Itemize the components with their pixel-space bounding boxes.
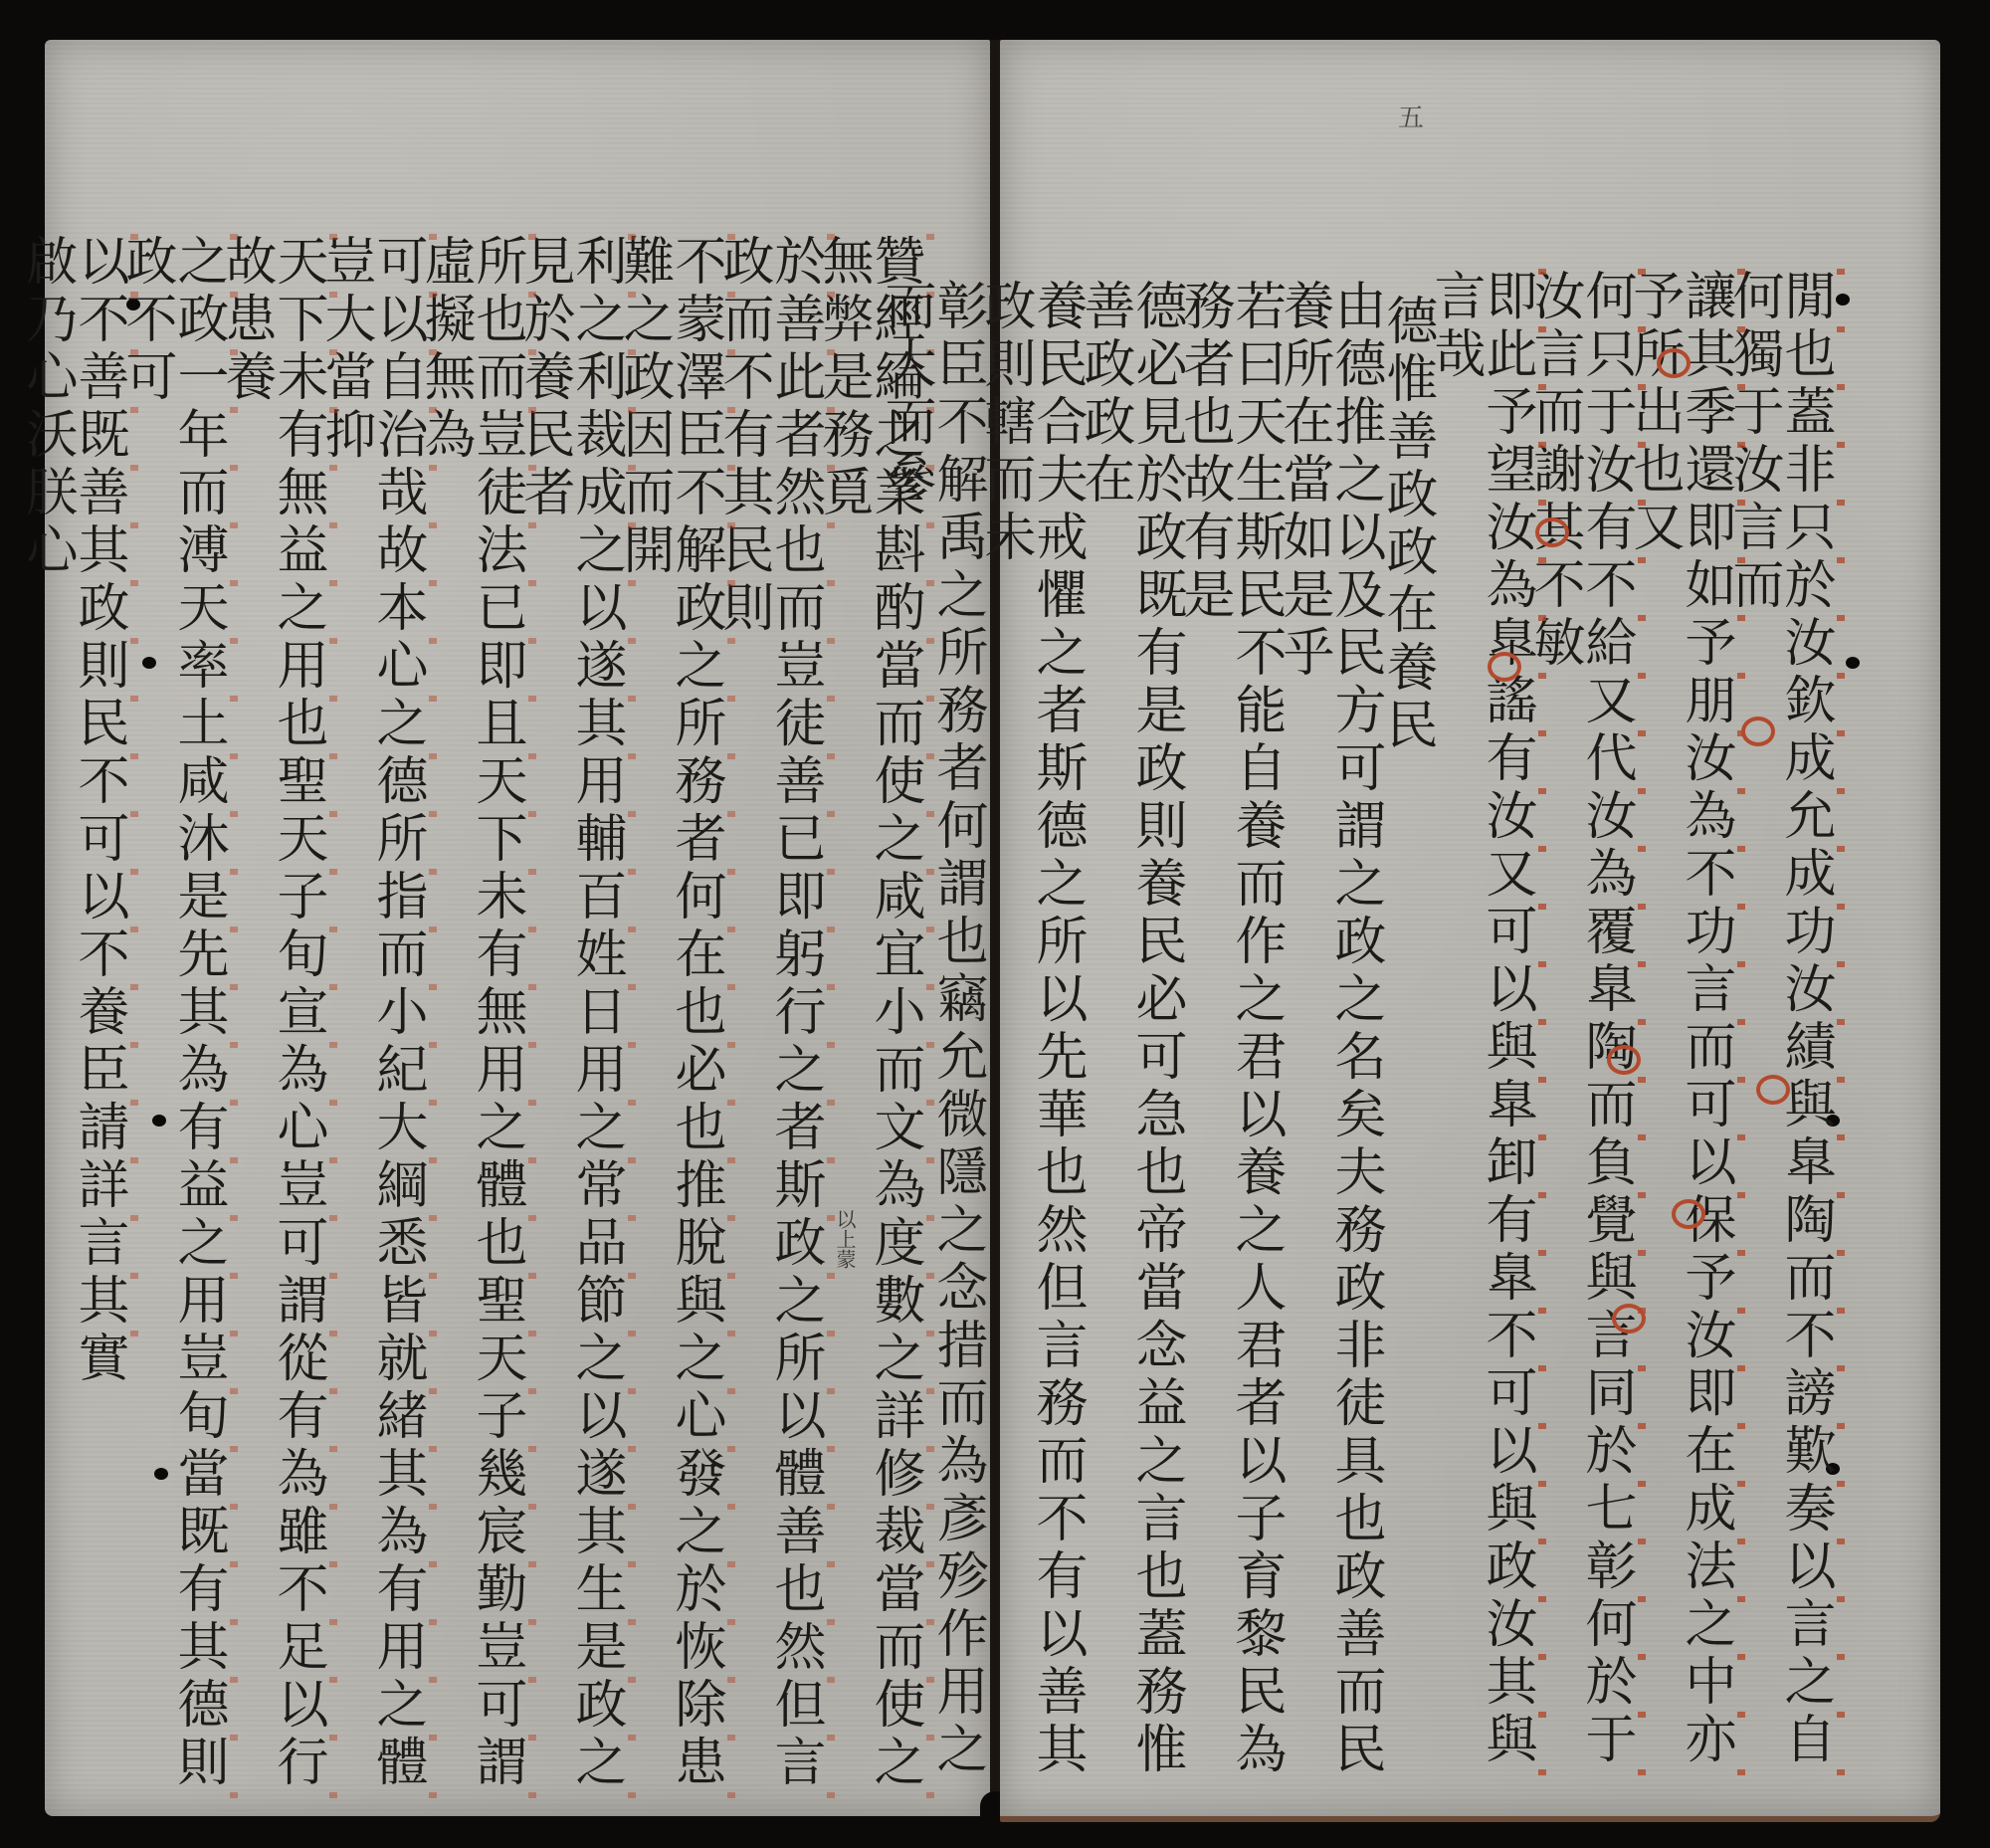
text-column: 利之利裁成之以遂其用輔百姓日用之常品節之以遂其生是政之見於養民者 [522, 234, 622, 1816]
right-page-text: 閒也蓋非只於汝欽成允成功汝績與臯陶而不謗歎奏以言之自何獨于汝言而 讓其季還即如予… [1010, 269, 1831, 1816]
folio-number: 五 [1398, 98, 1424, 134]
red-circle-mark [1672, 1199, 1705, 1229]
text-column: 德必見於政既有是政則養民必可急也帝當念益之言也蓋務惟善政政在 [1083, 279, 1182, 1816]
text-column: 養民合夫戒懼之者斯德之所以先華也然但言務而不有以善其政則轄而未 [983, 279, 1083, 1816]
text-column: 天下未有無益之用也聖天子旬宣為心豈可謂從有為雖不足以行故患養 [224, 234, 323, 1816]
marginal-note: 以上蒙 [831, 1209, 860, 1269]
red-circle-mark [1612, 1304, 1646, 1334]
red-circle-mark [1741, 717, 1775, 746]
red-circle-mark [1535, 517, 1569, 547]
text-column: 閒也蓋非只於汝欽成允成功汝績與臯陶而不謗歎奏以言之自何獨于汝言而 [1731, 269, 1831, 1816]
text-column: 於善此者然也而豈徒善已即躬行之者斯政之所以體善也然但言政而不有其民則 [721, 234, 821, 1816]
text-column: 何只于汝有不給又代汝為覆臯陶而負覺與言同於七彰何於于汝言而謝其不敏 [1532, 269, 1632, 1816]
left-page-text: 贊經綸之業斟酌當而使之咸宜小而文為度數之詳修裁當而使之無弊是務覓 於善此者然也而… [214, 234, 920, 1816]
text-column: 之政一年而溥天率土咸沐是先其為有益之用豈旬當既有其德則政不可 [124, 234, 224, 1816]
binding-hole [1846, 657, 1860, 669]
left-page: 贊經綸之業斟酌當而使之咸宜小而文為度數之詳修裁當而使之無弊是務覓 於善此者然也而… [45, 40, 990, 1816]
text-column: 可以自治哉故本心之德所指而小紀大綱悉皆就緒其為有用之體豈大當抑 [323, 234, 423, 1816]
text-column: 若曰天生斯民不能自養而作之君以養之人君者以子育黎民為務者也故有是 [1182, 279, 1282, 1816]
text-column: 以不善既善其政則民不可以不養臣請詳言其實 [73, 234, 124, 1388]
right-page: 五 閒也蓋非只於汝欽成允成功汝績與臯陶而不謗歎奏以言之自何獨于汝言而 讓其季還即… [1000, 40, 1940, 1822]
text-column: 讓其季還即如予朋汝為不功言而可以保予汝即在成法之中亦予所出也又 [1632, 269, 1731, 1816]
text-column: 德惟善政政在養民 [1381, 294, 1433, 755]
text-column: 不蒙澤臣不解政之所務者何在也必也推脫與之心發之於恢除患難之政因而開 [622, 234, 721, 1816]
red-circle-mark [1657, 348, 1691, 378]
text-column: 啟乃心沃朕心 [21, 234, 73, 580]
text-column: 所也而豈徒法已即且天下未有無用之體也聖天子幾宸勤豈可謂虛擬無為 [423, 234, 522, 1816]
red-circle-mark [1756, 1075, 1790, 1105]
text-column: 彰臣不解禹之所務者何謂也竊允微隱之念措而為彥殄作用之而大而參 [884, 279, 983, 1816]
red-circle-mark [1488, 652, 1521, 682]
text-column: 即此予望汝為臯謠有汝又可以與臯卸有臯不可以與政汝其與言哉 [1433, 269, 1532, 1816]
text-column: 由德推之以及民方可謂之政之名矣夫務政非徒具也政善而民養所在當如是乎 [1282, 279, 1381, 1816]
red-circle-mark [1607, 1045, 1641, 1075]
